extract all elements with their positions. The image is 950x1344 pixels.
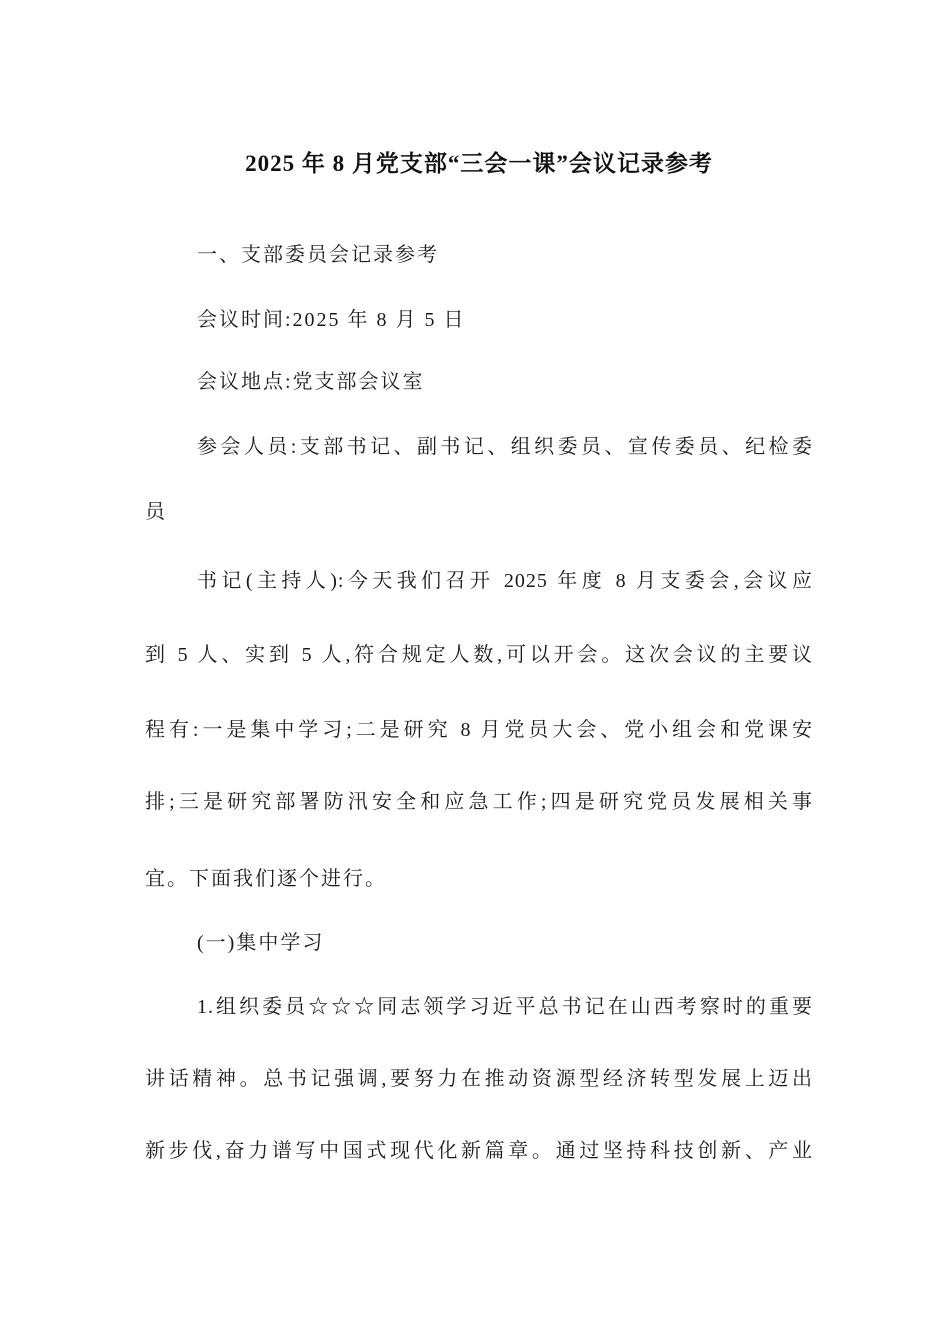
doc-line-host-speech: 到 5 人、实到 5 人,符合规定人数,可以开会。这次会议的主要议 <box>145 643 813 667</box>
doc-line-study-item: 新步伐,奋力谱写中国式现代化新篇章。通过坚持科技创新、产业 <box>145 1139 813 1163</box>
doc-line-attendees-wrap: 员 <box>145 500 813 524</box>
doc-line-attendees: 参会人员:支部书记、副书记、组织委员、宣传委员、纪检委 <box>145 435 813 459</box>
doc-line-meeting-place: 会议地点:党支部会议室 <box>145 370 813 394</box>
doc-line-host-speech: 排;三是研究部署防汛安全和应急工作;四是研究党员发展相关事 <box>145 790 813 814</box>
doc-line-subheading: (一)集中学习 <box>145 931 813 955</box>
doc-line-host-speech: 程有:一是集中学习;二是研究 8 月党员大会、党小组会和党课安 <box>145 718 813 742</box>
document-body: 一、支部委员会记录参考 会议时间:2025 年 8 月 5 日 会议地点:党支部… <box>0 0 950 1344</box>
doc-line-heading-1: 一、支部委员会记录参考 <box>145 243 813 267</box>
doc-line-host-speech: 宜。下面我们逐个进行。 <box>145 867 813 891</box>
doc-line-study-item: 讲话精神。总书记强调,要努力在推动资源型经济转型发展上迈出 <box>145 1067 813 1091</box>
doc-line-host-speech: 书记(主持人):今天我们召开 2025 年度 8 月支委会,会议应 <box>145 569 813 593</box>
document-page: 2025 年 8 月党支部“三会一课”会议记录参考 一、支部委员会记录参考 会议… <box>0 0 950 1344</box>
doc-line-meeting-time: 会议时间:2025 年 8 月 5 日 <box>145 308 813 332</box>
doc-line-study-item: 1.组织委员☆☆☆同志领学习近平总书记在山西考察时的重要 <box>145 995 813 1019</box>
